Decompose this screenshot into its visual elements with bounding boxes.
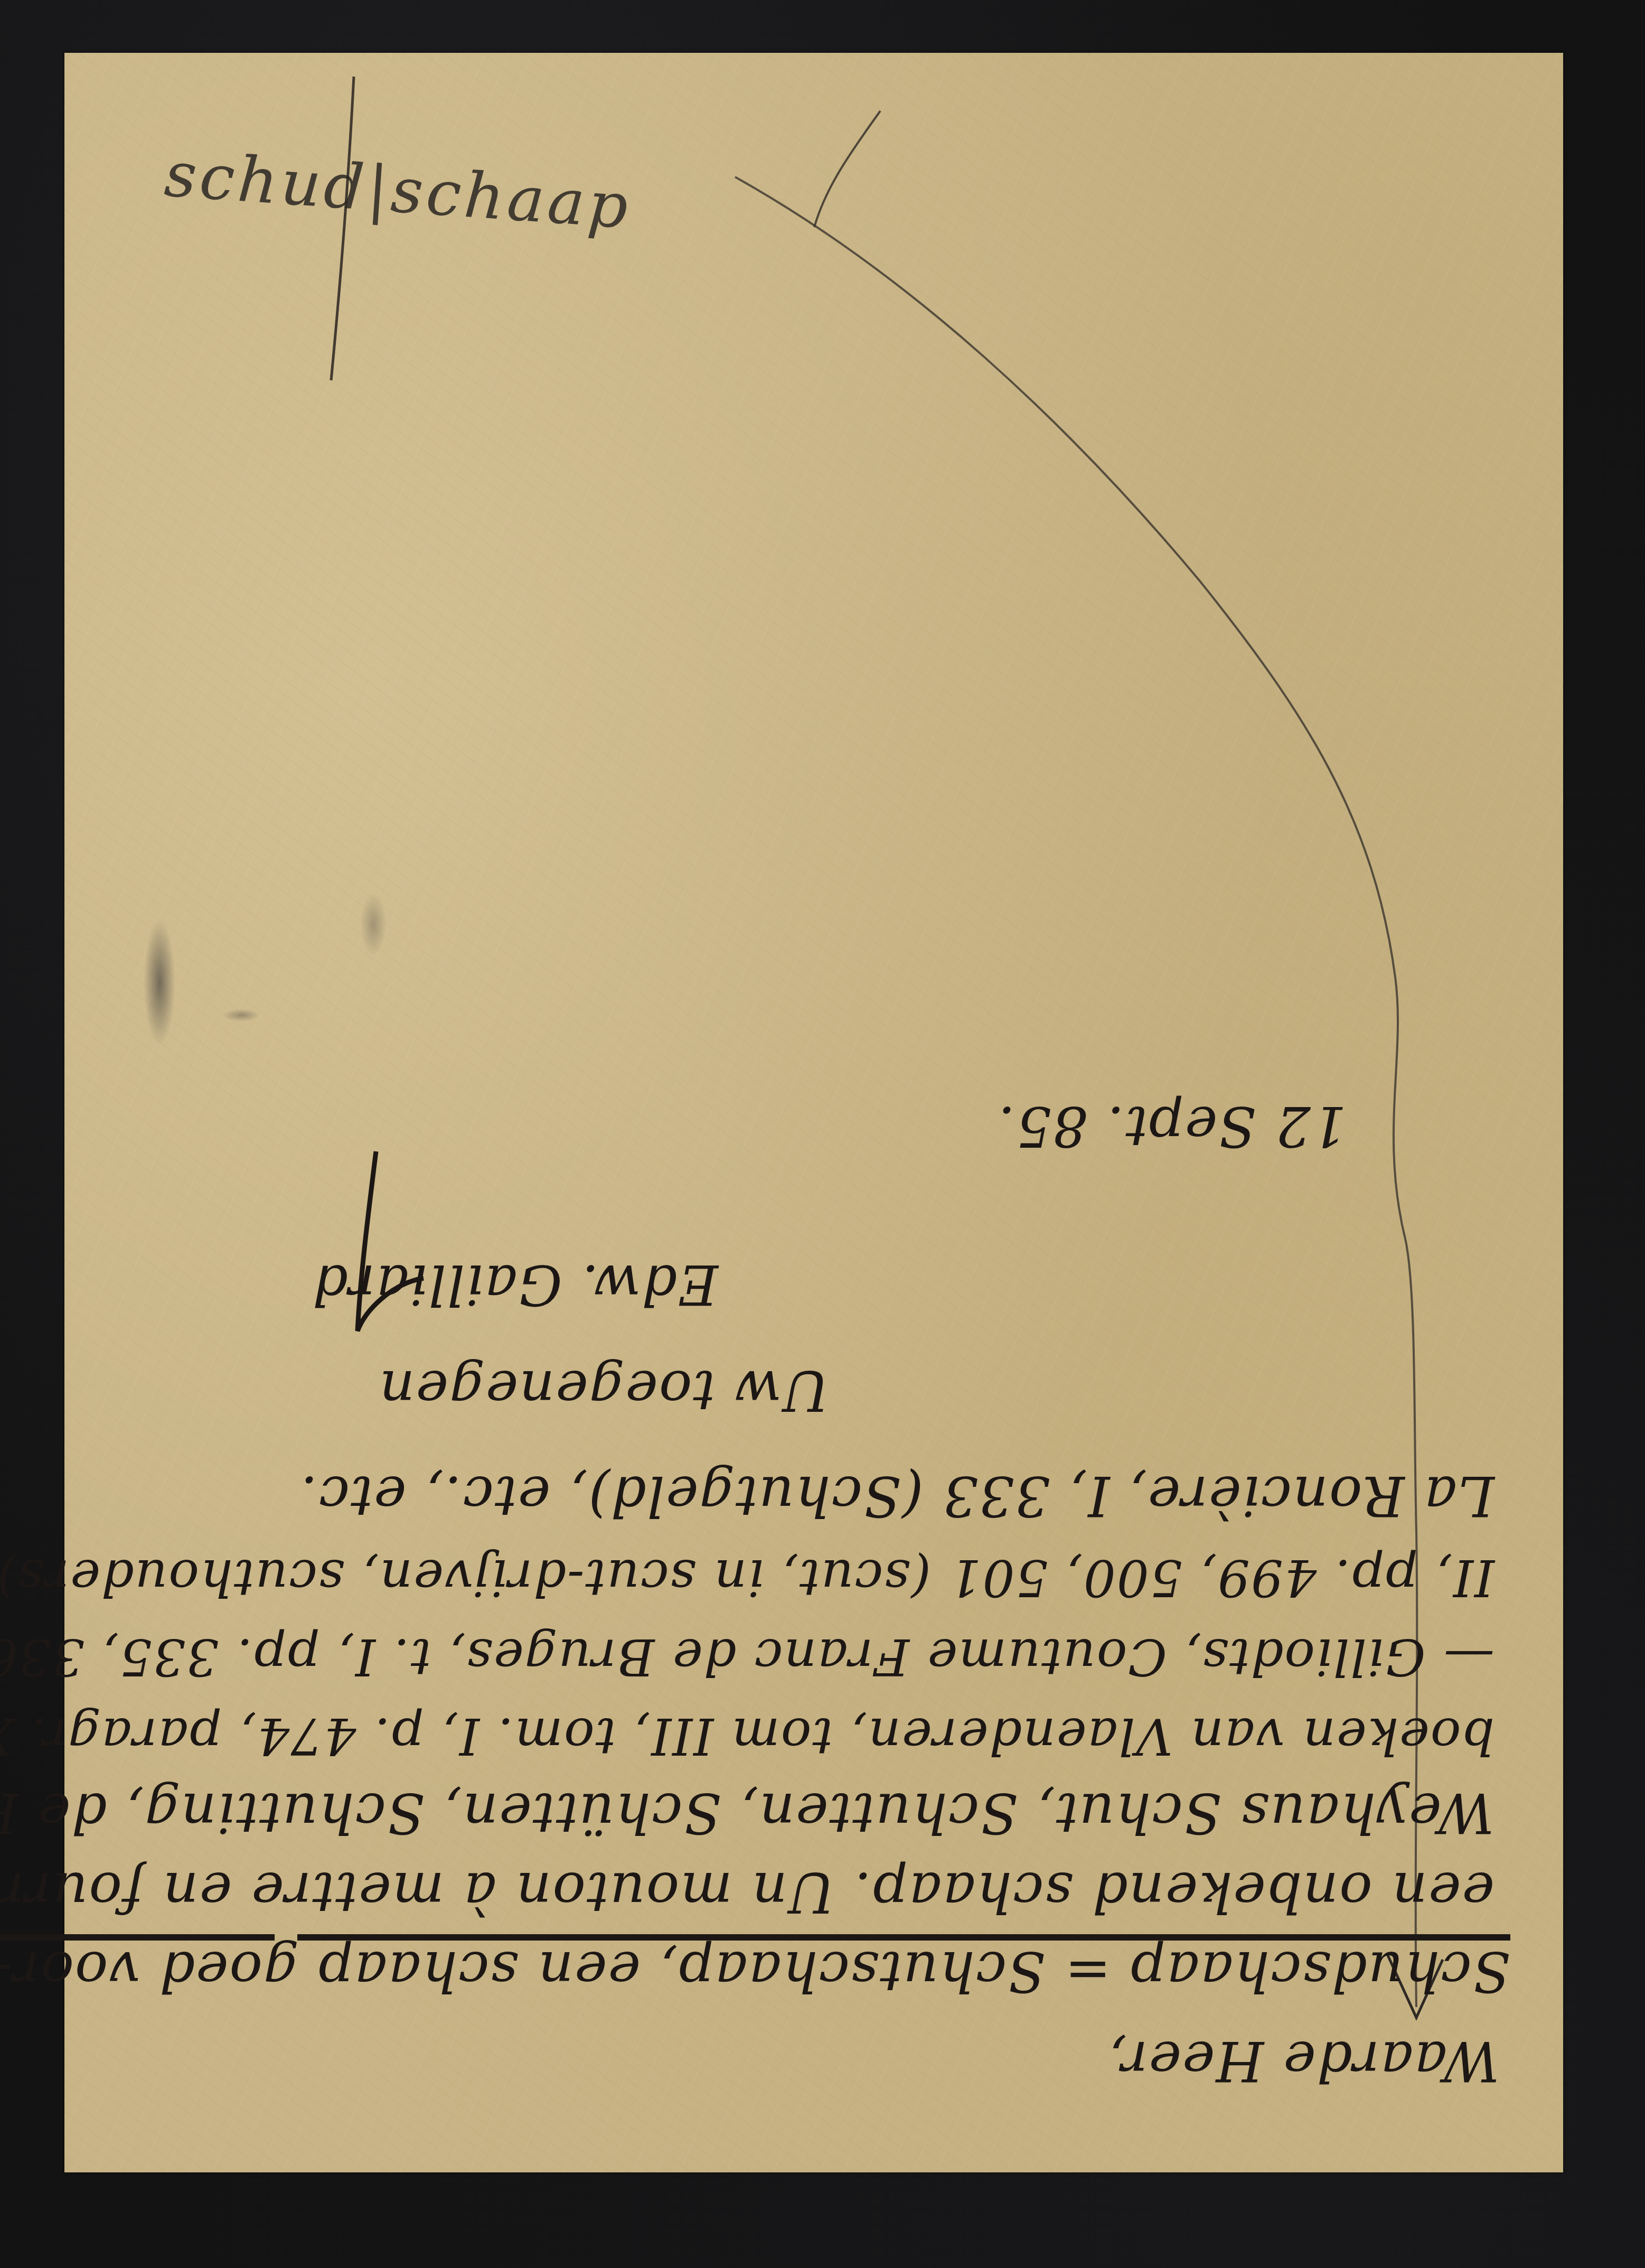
letter-line-6: II, pp. 499, 500, 501 (scut, in scut-dri… [0, 1548, 1494, 1607]
letter-line-3: Weyhaus Schut, Schutten, Schütten, Schut… [0, 1780, 1494, 1845]
letter-line-5: — Gilliodts, Coutume Franc de Bruges, t.… [0, 1627, 1494, 1686]
letter-line-7: La Roncière, I, 333 (Schutgeld), etc., e… [299, 1464, 1494, 1528]
closing: Uw toegenegen [379, 1358, 829, 1422]
signature: Edw. Gailliard [312, 1252, 718, 1317]
letter-line-4: boeken van Vlaenderen, tom III, tom. I, … [0, 1707, 1494, 1766]
letter-line-1: Schudschaap = Schutschaap, een schaap go… [0, 1939, 1510, 2003]
salutation: Waarde Heer, [1108, 2029, 1500, 2093]
date: 12 Sept. 85. [997, 1094, 1347, 1158]
postcard: schud|schaap Waarde Heer, Schudschaap = … [64, 53, 1563, 2172]
letter-body: Waarde Heer, Schudschaap = Schutschaap, … [64, 53, 1563, 2172]
letter-line-2: een onbekend schaap. Un mouton à mettre … [0, 1860, 1494, 1924]
